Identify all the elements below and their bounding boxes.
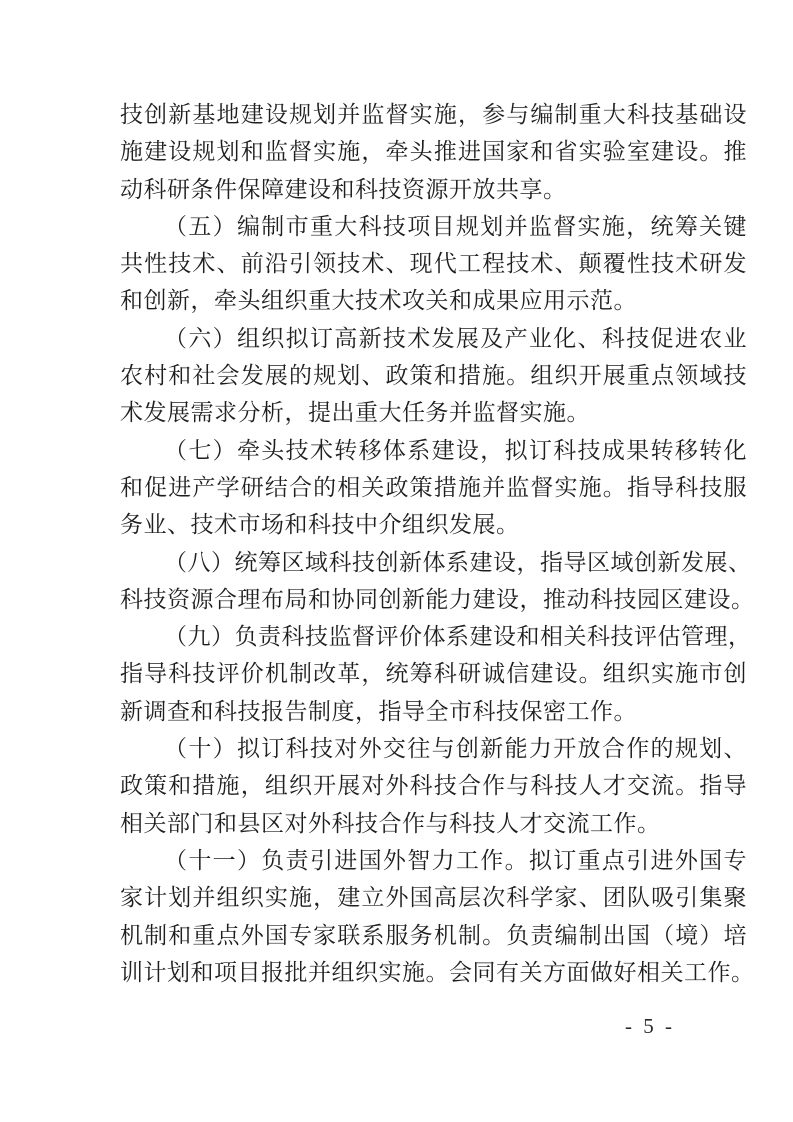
text-line: 机制和重点外国专家联系服务机制。负责编制出国（境）培 bbox=[120, 917, 747, 954]
text-line: 施建设规划和监督实施，牵头推进国家和省实验室建设。推 bbox=[120, 133, 747, 170]
text-line: 科技资源合理布局和协同创新能力建设，推动科技园区建设。 bbox=[120, 581, 747, 618]
text-line: 相关部门和县区对外科技合作与科技人才交流工作。 bbox=[120, 805, 747, 842]
paragraph-continuation: 技创新基地建设规划并监督实施，参与编制重大科技基础设 施建设规划和监督实施，牵头… bbox=[120, 96, 747, 208]
text-line: 技创新基地建设规划并监督实施，参与编制重大科技基础设 bbox=[120, 96, 747, 133]
text-line: （六）组织拟订高新技术发展及产业化、科技促进农业 bbox=[120, 320, 747, 357]
document-page: 技创新基地建设规划并监督实施，参与编制重大科技基础设 施建设规划和监督实施，牵头… bbox=[0, 0, 793, 1122]
text-line: （八）统筹区域科技创新体系建设，指导区域创新发展、 bbox=[120, 544, 747, 581]
paragraph-item-9: （九）负责科技监督评价体系建设和相关科技评估管理， 指导科技评价机制改革，统筹科… bbox=[120, 618, 747, 730]
text-line: 和创新，牵头组织重大技术攻关和成果应用示范。 bbox=[120, 282, 747, 319]
text-line: 指导科技评价机制改革，统筹科研诚信建设。组织实施市创 bbox=[120, 655, 747, 692]
paragraph-item-6: （六）组织拟订高新技术发展及产业化、科技促进农业 农村和社会发展的规划、政策和措… bbox=[120, 320, 747, 432]
text-line: 训计划和项目报批并组织实施。会同有关方面做好相关工作。 bbox=[120, 954, 747, 991]
text-line: 术发展需求分析，提出重大任务并监督实施。 bbox=[120, 394, 747, 431]
paragraph-item-5: （五）编制市重大科技项目规划并监督实施，统筹关键 共性技术、前沿引领技术、现代工… bbox=[120, 208, 747, 320]
text-line: 动科研条件保障建设和科技资源开放共享。 bbox=[120, 171, 747, 208]
text-line: 政策和措施，组织开展对外科技合作与科技人才交流。指导 bbox=[120, 767, 747, 804]
text-line: （五）编制市重大科技项目规划并监督实施，统筹关键 bbox=[120, 208, 747, 245]
text-line: （十）拟订科技对外交往与创新能力开放合作的规划、 bbox=[120, 730, 747, 767]
paragraph-item-10: （十）拟订科技对外交往与创新能力开放合作的规划、 政策和措施，组织开展对外科技合… bbox=[120, 730, 747, 842]
text-line: （七）牵头技术转移体系建设，拟订科技成果转移转化 bbox=[120, 432, 747, 469]
text-line: 共性技术、前沿引领技术、现代工程技术、颠覆性技术研发 bbox=[120, 245, 747, 282]
text-line: （九）负责科技监督评价体系建设和相关科技评估管理， bbox=[120, 618, 747, 655]
text-line: （十一）负责引进国外智力工作。拟订重点引进外国专 bbox=[120, 842, 747, 879]
text-line: 农村和社会发展的规划、政策和措施。组织开展重点领域技 bbox=[120, 357, 747, 394]
paragraph-item-11: （十一）负责引进国外智力工作。拟订重点引进外国专 家计划并组织实施，建立外国高层… bbox=[120, 842, 747, 991]
text-line: 家计划并组织实施，建立外国高层次科学家、团队吸引集聚 bbox=[120, 879, 747, 916]
text-line: 务业、技术市场和科技中介组织发展。 bbox=[120, 506, 747, 543]
document-body: 技创新基地建设规划并监督实施，参与编制重大科技基础设 施建设规划和监督实施，牵头… bbox=[120, 96, 747, 991]
page-number: - 5 - bbox=[625, 1014, 675, 1039]
paragraph-item-7: （七）牵头技术转移体系建设，拟订科技成果转移转化 和促进产学研结合的相关政策措施… bbox=[120, 432, 747, 544]
paragraph-item-8: （八）统筹区域科技创新体系建设，指导区域创新发展、 科技资源合理布局和协同创新能… bbox=[120, 544, 747, 619]
text-line: 新调查和科技报告制度，指导全市科技保密工作。 bbox=[120, 693, 747, 730]
text-line: 和促进产学研结合的相关政策措施并监督实施。指导科技服 bbox=[120, 469, 747, 506]
